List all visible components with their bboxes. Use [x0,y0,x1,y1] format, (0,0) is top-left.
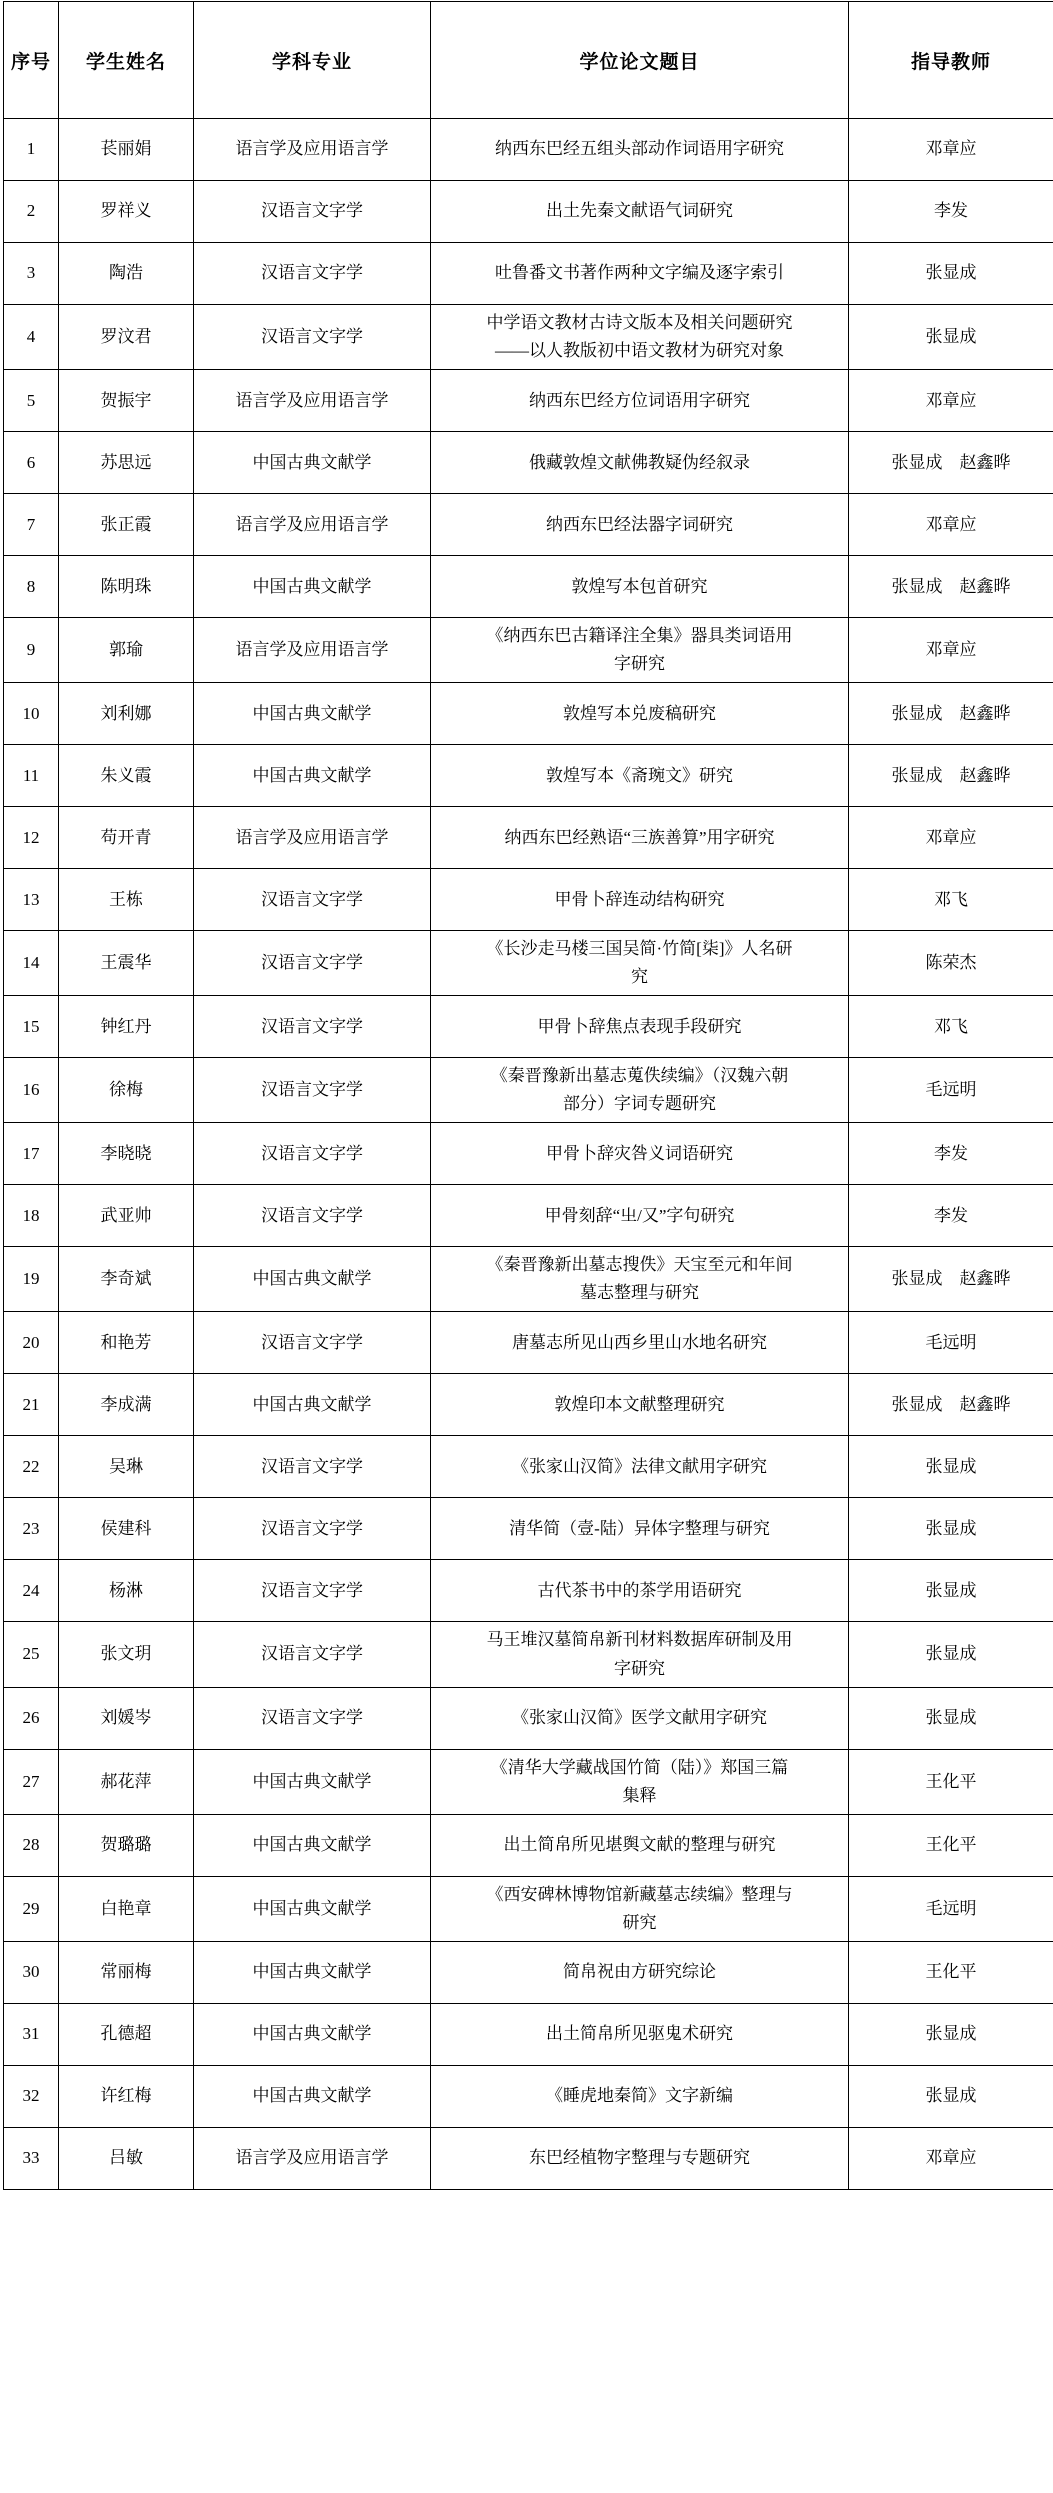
page: 序号 学生姓名 学科专业 学位论文题目 指导教师 1 苌丽娟 语言学及应用语言学… [0,0,1053,2192]
advisor-cell: 邓章应 [849,494,1053,556]
advisor-cell: 邓章应 [849,618,1053,683]
thesis-title-cell: 甲骨刻辞“㞢/又”字句研究 [431,1185,849,1247]
table-row: 10 刘利娜 中国古典文献学 敦煌写本兑废稿研究 张显成 赵鑫晔 [4,683,1053,745]
advisor-cell: 李发 [849,181,1053,243]
row-index-cell: 25 [4,1622,59,1687]
student-name-cell: 李成满 [59,1374,194,1436]
table-row: 29 白艳章 中国古典文献学 《西安碑林博物馆新藏墓志续编》整理与 研究 毛远明 [4,1876,1053,1941]
major-cell: 汉语言文字学 [194,1312,431,1374]
thesis-title-cell: 清华简（壹-陆）异体字整理与研究 [431,1498,849,1560]
table-row: 30 常丽梅 中国古典文献学 简帛祝由方研究综论 王化平 [4,1941,1053,2003]
student-name-cell: 吕敏 [59,2127,194,2189]
thesis-title-cell: 敦煌印本文献整理研究 [431,1374,849,1436]
row-index-cell: 5 [4,370,59,432]
advisor-cell: 毛远明 [849,1312,1053,1374]
major-cell: 中国古典文献学 [194,556,431,618]
major-cell: 汉语言文字学 [194,869,431,931]
row-index-cell: 16 [4,1058,59,1123]
thesis-title-cell: 中学语文教材古诗文版本及相关问题研究 ——以人教版初中语文教材为研究对象 [431,305,849,370]
table-row: 26 刘媛岑 汉语言文字学 《张家山汉简》医学文献用字研究 张显成 [4,1687,1053,1749]
table-row: 20 和艳芳 汉语言文字学 唐墓志所见山西乡里山水地名研究 毛远明 [4,1312,1053,1374]
row-index-cell: 33 [4,2127,59,2189]
student-name-cell: 张正霞 [59,494,194,556]
major-cell: 汉语言文字学 [194,305,431,370]
thesis-title-cell: 甲骨卜辞灾咎义词语研究 [431,1123,849,1185]
student-name-cell: 刘利娜 [59,683,194,745]
advisor-cell: 邓飞 [849,996,1053,1058]
advisor-cell: 张显成 赵鑫晔 [849,1374,1053,1436]
table-row: 12 苟开青 语言学及应用语言学 纳西东巴经熟语“三族善算”用字研究 邓章应 [4,807,1053,869]
major-cell: 中国古典文献学 [194,1941,431,2003]
thesis-title-cell: 《睡虎地秦简》文字新编 [431,2065,849,2127]
row-index-cell: 13 [4,869,59,931]
thesis-title-cell: 甲骨卜辞连动结构研究 [431,869,849,931]
major-cell: 语言学及应用语言学 [194,370,431,432]
row-index-cell: 26 [4,1687,59,1749]
row-index-cell: 4 [4,305,59,370]
row-index-cell: 27 [4,1749,59,1814]
advisor-cell: 邓章应 [849,807,1053,869]
advisor-cell: 王化平 [849,1749,1053,1814]
header-cell-student: 学生姓名 [59,2,194,119]
table-row: 4 罗汶君 汉语言文字学 中学语文教材古诗文版本及相关问题研究 ——以人教版初中… [4,305,1053,370]
major-cell: 汉语言文字学 [194,243,431,305]
student-name-cell: 李晓晓 [59,1123,194,1185]
student-name-cell: 郭瑜 [59,618,194,683]
row-index-cell: 31 [4,2003,59,2065]
advisor-cell: 张显成 [849,243,1053,305]
row-index-cell: 9 [4,618,59,683]
row-index-cell: 28 [4,1814,59,1876]
major-cell: 汉语言文字学 [194,996,431,1058]
row-index-cell: 2 [4,181,59,243]
advisor-cell: 张显成 [849,2003,1053,2065]
header-cell-index: 序号 [4,2,59,119]
thesis-title-cell: 纳西东巴经方位词语用字研究 [431,370,849,432]
table-row: 8 陈明珠 中国古典文献学 敦煌写本包首研究 张显成 赵鑫晔 [4,556,1053,618]
student-name-cell: 贺璐璐 [59,1814,194,1876]
advisor-cell: 李发 [849,1185,1053,1247]
thesis-title-cell: 吐鲁番文书著作两种文字编及逐字索引 [431,243,849,305]
thesis-title-cell: 敦煌写本《斋琬文》研究 [431,745,849,807]
table-row: 25 张文玥 汉语言文字学 马王堆汉墓简帛新刊材料数据库研制及用 字研究 张显成 [4,1622,1053,1687]
table-row: 24 杨淋 汉语言文字学 古代茶书中的茶学用语研究 张显成 [4,1560,1053,1622]
row-index-cell: 11 [4,745,59,807]
advisor-cell: 张显成 [849,1498,1053,1560]
advisor-cell: 李发 [849,1123,1053,1185]
major-cell: 中国古典文献学 [194,683,431,745]
advisor-cell: 毛远明 [849,1876,1053,1941]
student-name-cell: 罗汶君 [59,305,194,370]
advisor-cell: 张显成 赵鑫晔 [849,432,1053,494]
major-cell: 语言学及应用语言学 [194,807,431,869]
advisor-cell: 张显成 赵鑫晔 [849,745,1053,807]
thesis-list-table: 序号 学生姓名 学科专业 学位论文题目 指导教师 1 苌丽娟 语言学及应用语言学… [3,1,1053,2190]
student-name-cell: 吴琳 [59,1436,194,1498]
header-cell-advisor: 指导教师 [849,2,1053,119]
header-cell-title: 学位论文题目 [431,2,849,119]
table-row: 18 武亚帅 汉语言文字学 甲骨刻辞“㞢/又”字句研究 李发 [4,1185,1053,1247]
table-body: 1 苌丽娟 语言学及应用语言学 纳西东巴经五组头部动作词语用字研究 邓章应 2 … [4,119,1053,2190]
table-row: 33 吕敏 语言学及应用语言学 东巴经植物字整理与专题研究 邓章应 [4,2127,1053,2189]
thesis-title-cell: 纳西东巴经法器字词研究 [431,494,849,556]
major-cell: 语言学及应用语言学 [194,2127,431,2189]
thesis-title-cell: 《张家山汉简》医学文献用字研究 [431,1687,849,1749]
table-row: 3 陶浩 汉语言文字学 吐鲁番文书著作两种文字编及逐字索引 张显成 [4,243,1053,305]
student-name-cell: 苏思远 [59,432,194,494]
advisor-cell: 王化平 [849,1814,1053,1876]
major-cell: 中国古典文献学 [194,432,431,494]
major-cell: 汉语言文字学 [194,1436,431,1498]
thesis-title-cell: 《清华大学藏战国竹简（陆）》郑国三篇 集释 [431,1749,849,1814]
table-row: 16 徐梅 汉语言文字学 《秦晋豫新出墓志蒐佚续编》（汉魏六朝 部分）字词专题研… [4,1058,1053,1123]
row-index-cell: 21 [4,1374,59,1436]
major-cell: 语言学及应用语言学 [194,119,431,181]
advisor-cell: 王化平 [849,1941,1053,2003]
student-name-cell: 王栋 [59,869,194,931]
thesis-title-cell: 《秦晋豫新出墓志搜佚》天宝至元和年间 墓志整理与研究 [431,1247,849,1312]
table-row: 9 郭瑜 语言学及应用语言学 《纳西东巴古籍译注全集》器具类词语用 字研究 邓章… [4,618,1053,683]
advisor-cell: 张显成 赵鑫晔 [849,683,1053,745]
student-name-cell: 朱义霞 [59,745,194,807]
student-name-cell: 徐梅 [59,1058,194,1123]
row-index-cell: 10 [4,683,59,745]
table-row: 13 王栋 汉语言文字学 甲骨卜辞连动结构研究 邓飞 [4,869,1053,931]
table-row: 5 贺振宇 语言学及应用语言学 纳西东巴经方位词语用字研究 邓章应 [4,370,1053,432]
thesis-title-cell: 《西安碑林博物馆新藏墓志续编》整理与 研究 [431,1876,849,1941]
row-index-cell: 12 [4,807,59,869]
student-name-cell: 白艳章 [59,1876,194,1941]
table-row: 14 王震华 汉语言文字学 《长沙走马楼三国吴简·竹简[柒]》人名研 究 陈荣杰 [4,931,1053,996]
student-name-cell: 贺振宇 [59,370,194,432]
table-row: 27 郝花萍 中国古典文献学 《清华大学藏战国竹简（陆）》郑国三篇 集释 王化平 [4,1749,1053,1814]
advisor-cell: 邓章应 [849,119,1053,181]
header-row: 序号 学生姓名 学科专业 学位论文题目 指导教师 [4,2,1053,119]
table-row: 17 李晓晓 汉语言文字学 甲骨卜辞灾咎义词语研究 李发 [4,1123,1053,1185]
student-name-cell: 许红梅 [59,2065,194,2127]
thesis-title-cell: 甲骨卜辞焦点表现手段研究 [431,996,849,1058]
advisor-cell: 张显成 [849,2065,1053,2127]
row-index-cell: 17 [4,1123,59,1185]
student-name-cell: 苌丽娟 [59,119,194,181]
advisor-cell: 张显成 [849,305,1053,370]
advisor-cell: 张显成 [849,1687,1053,1749]
row-index-cell: 22 [4,1436,59,1498]
table-row: 15 钟红丹 汉语言文字学 甲骨卜辞焦点表现手段研究 邓飞 [4,996,1053,1058]
student-name-cell: 郝花萍 [59,1749,194,1814]
advisor-cell: 张显成 赵鑫晔 [849,556,1053,618]
major-cell: 语言学及应用语言学 [194,494,431,556]
thesis-title-cell: 出土简帛所见驱鬼术研究 [431,2003,849,2065]
table-row: 21 李成满 中国古典文献学 敦煌印本文献整理研究 张显成 赵鑫晔 [4,1374,1053,1436]
thesis-title-cell: 唐墓志所见山西乡里山水地名研究 [431,1312,849,1374]
major-cell: 中国古典文献学 [194,1374,431,1436]
table-row: 23 侯建科 汉语言文字学 清华简（壹-陆）异体字整理与研究 张显成 [4,1498,1053,1560]
row-index-cell: 23 [4,1498,59,1560]
thesis-title-cell: 东巴经植物字整理与专题研究 [431,2127,849,2189]
student-name-cell: 武亚帅 [59,1185,194,1247]
row-index-cell: 19 [4,1247,59,1312]
row-index-cell: 3 [4,243,59,305]
table-row: 28 贺璐璐 中国古典文献学 出土简帛所见堪舆文献的整理与研究 王化平 [4,1814,1053,1876]
major-cell: 汉语言文字学 [194,1498,431,1560]
major-cell: 汉语言文字学 [194,1560,431,1622]
row-index-cell: 20 [4,1312,59,1374]
student-name-cell: 陈明珠 [59,556,194,618]
student-name-cell: 王震华 [59,931,194,996]
row-index-cell: 1 [4,119,59,181]
thesis-title-cell: 《秦晋豫新出墓志蒐佚续编》（汉魏六朝 部分）字词专题研究 [431,1058,849,1123]
advisor-cell: 邓飞 [849,869,1053,931]
row-index-cell: 29 [4,1876,59,1941]
thesis-title-cell: 《纳西东巴古籍译注全集》器具类词语用 字研究 [431,618,849,683]
major-cell: 汉语言文字学 [194,1622,431,1687]
advisor-cell: 邓章应 [849,2127,1053,2189]
student-name-cell: 侯建科 [59,1498,194,1560]
major-cell: 中国古典文献学 [194,1247,431,1312]
thesis-title-cell: 敦煌写本包首研究 [431,556,849,618]
student-name-cell: 罗祥义 [59,181,194,243]
table-row: 7 张正霞 语言学及应用语言学 纳西东巴经法器字词研究 邓章应 [4,494,1053,556]
student-name-cell: 李奇斌 [59,1247,194,1312]
row-index-cell: 32 [4,2065,59,2127]
major-cell: 中国古典文献学 [194,1749,431,1814]
row-index-cell: 8 [4,556,59,618]
advisor-cell: 毛远明 [849,1058,1053,1123]
advisor-cell: 张显成 [849,1560,1053,1622]
major-cell: 汉语言文字学 [194,1687,431,1749]
major-cell: 中国古典文献学 [194,745,431,807]
thesis-title-cell: 马王堆汉墓简帛新刊材料数据库研制及用 字研究 [431,1622,849,1687]
major-cell: 语言学及应用语言学 [194,618,431,683]
thesis-title-cell: 《长沙走马楼三国吴简·竹简[柒]》人名研 究 [431,931,849,996]
header-cell-major: 学科专业 [194,2,431,119]
table-row: 2 罗祥义 汉语言文字学 出土先秦文献语气词研究 李发 [4,181,1053,243]
row-index-cell: 15 [4,996,59,1058]
table-row: 1 苌丽娟 语言学及应用语言学 纳西东巴经五组头部动作词语用字研究 邓章应 [4,119,1053,181]
thesis-title-cell: 纳西东巴经五组头部动作词语用字研究 [431,119,849,181]
major-cell: 汉语言文字学 [194,1058,431,1123]
row-index-cell: 18 [4,1185,59,1247]
major-cell: 中国古典文献学 [194,2003,431,2065]
student-name-cell: 和艳芳 [59,1312,194,1374]
major-cell: 中国古典文献学 [194,2065,431,2127]
table-row: 19 李奇斌 中国古典文献学 《秦晋豫新出墓志搜佚》天宝至元和年间 墓志整理与研… [4,1247,1053,1312]
advisor-cell: 张显成 [849,1622,1053,1687]
thesis-title-cell: 出土简帛所见堪舆文献的整理与研究 [431,1814,849,1876]
row-index-cell: 14 [4,931,59,996]
major-cell: 中国古典文献学 [194,1814,431,1876]
table-row: 31 孔德超 中国古典文献学 出土简帛所见驱鬼术研究 张显成 [4,2003,1053,2065]
major-cell: 汉语言文字学 [194,1185,431,1247]
major-cell: 中国古典文献学 [194,1876,431,1941]
student-name-cell: 张文玥 [59,1622,194,1687]
table-header: 序号 学生姓名 学科专业 学位论文题目 指导教师 [4,2,1053,119]
table-row: 32 许红梅 中国古典文献学 《睡虎地秦简》文字新编 张显成 [4,2065,1053,2127]
student-name-cell: 钟红丹 [59,996,194,1058]
advisor-cell: 邓章应 [849,370,1053,432]
row-index-cell: 24 [4,1560,59,1622]
student-name-cell: 杨淋 [59,1560,194,1622]
thesis-title-cell: 出土先秦文献语气词研究 [431,181,849,243]
table-row: 11 朱义霞 中国古典文献学 敦煌写本《斋琬文》研究 张显成 赵鑫晔 [4,745,1053,807]
row-index-cell: 7 [4,494,59,556]
row-index-cell: 6 [4,432,59,494]
thesis-title-cell: 纳西东巴经熟语“三族善算”用字研究 [431,807,849,869]
student-name-cell: 刘媛岑 [59,1687,194,1749]
student-name-cell: 陶浩 [59,243,194,305]
advisor-cell: 张显成 [849,1436,1053,1498]
thesis-title-cell: 敦煌写本兑废稿研究 [431,683,849,745]
student-name-cell: 孔德超 [59,2003,194,2065]
table-row: 22 吴琳 汉语言文字学 《张家山汉简》法律文献用字研究 张显成 [4,1436,1053,1498]
advisor-cell: 张显成 赵鑫晔 [849,1247,1053,1312]
student-name-cell: 苟开青 [59,807,194,869]
thesis-title-cell: 《张家山汉简》法律文献用字研究 [431,1436,849,1498]
thesis-title-cell: 简帛祝由方研究综论 [431,1941,849,2003]
student-name-cell: 常丽梅 [59,1941,194,2003]
table-row: 6 苏思远 中国古典文献学 俄藏敦煌文献佛教疑伪经叙录 张显成 赵鑫晔 [4,432,1053,494]
advisor-cell: 陈荣杰 [849,931,1053,996]
thesis-title-cell: 古代茶书中的茶学用语研究 [431,1560,849,1622]
major-cell: 汉语言文字学 [194,1123,431,1185]
thesis-title-cell: 俄藏敦煌文献佛教疑伪经叙录 [431,432,849,494]
major-cell: 汉语言文字学 [194,181,431,243]
row-index-cell: 30 [4,1941,59,2003]
major-cell: 汉语言文字学 [194,931,431,996]
